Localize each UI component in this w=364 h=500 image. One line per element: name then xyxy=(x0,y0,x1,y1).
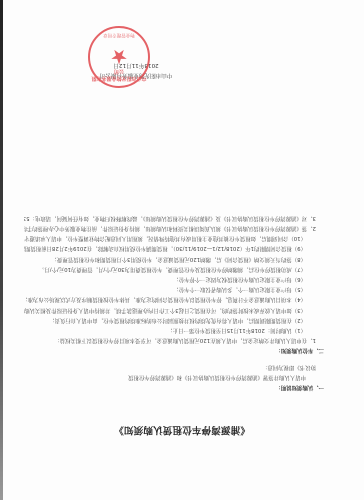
section1-heading: 一、认购须知说明： xyxy=(24,382,324,392)
list-item: （1）认购时间：2018年11月15日至租赁车位第一日止； xyxy=(24,325,324,335)
list-item: （9）租赁合同期限约1年（2018/12/1—2019/11/30），租赁期满车… xyxy=(24,243,324,253)
section2-item3: 3、对《浦源湾停车位租赁认购协议书》及《浦源湾停车位租赁认购须知》，最终解释权归… xyxy=(24,213,324,223)
list-item: （10）合同到期后，如租赁车位被其他业主租用或有其他特殊情况，须租用人同意配合物… xyxy=(24,233,324,243)
document-title: 《浦源湾停车位租赁认购须知》 xyxy=(0,424,364,438)
list-item: （6）每户业主限定认购车位租赁权为固定一个停车位； xyxy=(24,274,324,284)
document-page-rotated: 《浦源湾停车位租赁认购须知》 一、认购须知说明： 申请人认购并签署《浦源湾停车位… xyxy=(0,0,364,500)
list-item: （7）成功租赁停车位后，须缴纳停车位租赁及车位管理费，车位租赁费用为30元/个/… xyxy=(24,264,324,274)
section2-item1-intro: 1、在申请人认购并交纳定金后，申请人须在120元租赁认购诚意金，可享受本项目停车… xyxy=(24,335,324,345)
stamp-top-text: 中山市阳光物业服务有限公司 xyxy=(90,68,148,82)
list-item: （2）在租赁期限到期后，申请人将有优先续约权并按照届时公布的标准续约租赁车位，由… xyxy=(24,315,324,325)
list-item: （8）签约当天须交纳《租赁合同》后，缴纳120元租赁诚意金，车位使用3个月租赁期… xyxy=(24,253,324,263)
document-body: 一、认购须知说明： 申请人认购并签署《浦源湾停车位租赁认购协议书》和《浦源湾停车… xyxy=(24,213,324,392)
section2-heading: 二、车位认购须知： xyxy=(24,345,324,355)
list-item: （3）如申请人放弃或未按时签约的，可在租赁之日起3个工作日内办理退款手续，并须持… xyxy=(24,304,324,314)
company-seal-stamp: 中山市阳光物业服务有限公司 ★ 物业管理专用章 xyxy=(88,26,150,88)
list-item: （5）每户业主限定认购一个，多认购者仅取一个车位； xyxy=(24,284,324,294)
section1-line: 申请人认购并签署《浦源湾停车位租赁认购协议书》和《浦源湾停车位租赁 xyxy=(24,372,324,382)
section1-line: 协议书》即视为同意： xyxy=(24,361,324,371)
star-icon: ★ xyxy=(110,47,128,67)
scanned-document: 《浦源湾停车位租赁认购须知》 一、认购须知说明： 申请人认购并签署《浦源湾停车位… xyxy=(0,0,364,500)
list-item: （4）本项目认购诚意金不计利息，停车位租赁以车位租赁合同约定为准，具体车位按租赁… xyxy=(24,294,324,304)
stamp-bottom-text: 物业管理专用章 xyxy=(90,32,148,38)
section2-item2: 2、签《浦源湾停车位租赁认购协议书》须认真阅读相关资料和认购须知，须持身份证原件… xyxy=(24,223,324,233)
